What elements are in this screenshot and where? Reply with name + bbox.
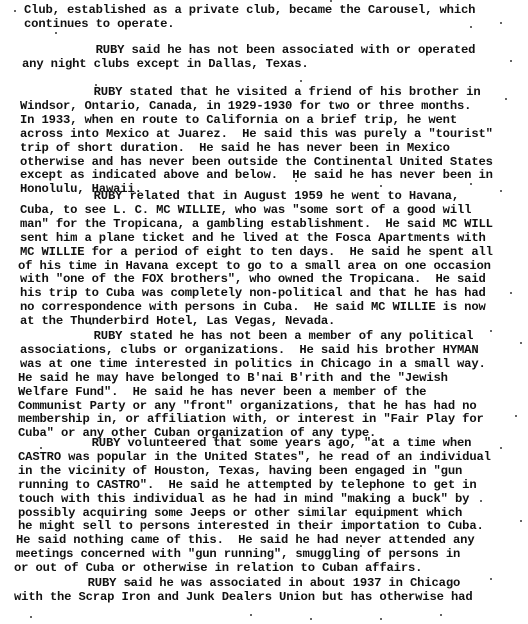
text-line: possibly acquiring some Jeeps or other s… (18, 507, 462, 520)
text-line: touch with this individual as he had in … (18, 493, 469, 506)
text-line: was at one time interested in politics i… (20, 358, 486, 371)
text-line: Club, established as a private club, bec… (24, 4, 475, 17)
text-line: or out of Cuba or otherwise in relation … (14, 562, 422, 575)
scan-speck (150, 160, 152, 162)
text-line: trip of short duration. He said he has n… (20, 142, 450, 155)
scan-speck (500, 447, 502, 449)
text-line: no correspondence with persons in Cuba. … (20, 301, 486, 314)
text-line: sent him a plane ticket and he lived at … (20, 232, 486, 245)
text-line: RUBY related that in August 1959 he went… (22, 190, 459, 203)
text-line: membership in, or affiliation with, or i… (18, 413, 484, 426)
scan-speck (510, 292, 512, 294)
scan-speck (515, 415, 517, 417)
scan-speck (90, 323, 92, 325)
scan-speck (520, 520, 522, 522)
scan-speck (130, 582, 132, 584)
text-line: RUBY stated that he visited a friend of … (22, 86, 480, 99)
text-line: He said nothing came of this. He said he… (16, 534, 474, 547)
text-line: of his time in Havana except to go to a … (18, 260, 491, 273)
scan-speck (55, 32, 57, 34)
text-line: In 1933, when en route to California on … (20, 114, 457, 127)
scan-speck (330, 0, 332, 2)
scan-speck (440, 614, 442, 616)
text-line: Windsor, Ontario, Canada, in 1929-1930 f… (20, 100, 471, 113)
scan-speck (95, 84, 97, 86)
text-line: with "one of the FOX brothers", who owne… (20, 273, 486, 286)
scan-speck (14, 10, 16, 12)
scan-speck (500, 190, 502, 192)
scan-speck (510, 60, 512, 62)
scan-speck (360, 545, 362, 547)
text-line: with the Scrap Iron and Junk Dealers Uni… (14, 591, 472, 604)
text-line: across into Mexico at Juarez. He said th… (20, 128, 493, 141)
text-line: MC WILLIE for a period of eight to ten d… (20, 246, 493, 259)
text-line: Welfare Fund". He said he has never been… (18, 386, 426, 399)
scan-speck (250, 614, 252, 616)
text-line: at the Thunderbird Hotel, Las Vegas, Nev… (20, 315, 335, 328)
scan-speck (190, 322, 192, 324)
scan-speck (295, 180, 297, 182)
scan-speck (470, 26, 472, 28)
scan-speck (300, 80, 302, 82)
document-page: Club, established as a private club, bec… (0, 0, 528, 624)
text-line: RUBY said he was associated in about 193… (16, 577, 460, 590)
text-line: continues to operate. (24, 18, 174, 31)
text-line: his trip to Cuba was completely non-poli… (20, 287, 486, 300)
text-line: He said he may have belonged to B'nai B'… (18, 372, 448, 385)
text-line: RUBY stated he has not been a member of … (22, 330, 473, 343)
text-line: man" for the Tropicana, a gambling estab… (20, 218, 493, 231)
text-line: RUBY said he has not been associated wit… (24, 44, 475, 57)
scan-speck (40, 447, 42, 449)
scan-speck (490, 330, 492, 332)
text-line: Cuba, to see L. C. MC WILLIE, who was "s… (20, 204, 471, 217)
scan-speck (480, 500, 482, 502)
scan-speck (310, 618, 312, 620)
scan-speck (40, 262, 42, 264)
scan-speck (30, 616, 32, 618)
scan-speck (520, 342, 522, 344)
text-line: associations, clubs or organizations. He… (20, 344, 478, 357)
text-line: running to CASTRO". He said he attempted… (18, 479, 476, 492)
scan-speck (390, 218, 392, 220)
scan-speck (380, 618, 382, 620)
text-line: any night clubs except in Dallas, Texas. (22, 58, 309, 71)
text-line: except as indicated above and below. He … (20, 169, 493, 182)
text-line: he might sell to persons interested in t… (18, 520, 484, 533)
scan-speck (380, 185, 382, 187)
scan-speck (500, 22, 502, 24)
text-line: meetings concerned with "gun running", s… (16, 548, 460, 561)
text-line: in the vicinity of Houston, Texas, havin… (18, 465, 462, 478)
text-line: Communist Party or any "front" organizat… (18, 400, 476, 413)
scan-speck (505, 98, 507, 100)
scan-speck (490, 578, 492, 580)
text-line: RUBY volunteered that some years ago, "a… (20, 437, 471, 450)
scan-speck (470, 183, 472, 185)
text-line: CASTRO was popular in the United States"… (18, 451, 491, 464)
text-line: otherwise and has never been outside the… (20, 156, 493, 169)
scan-speck (110, 160, 112, 162)
